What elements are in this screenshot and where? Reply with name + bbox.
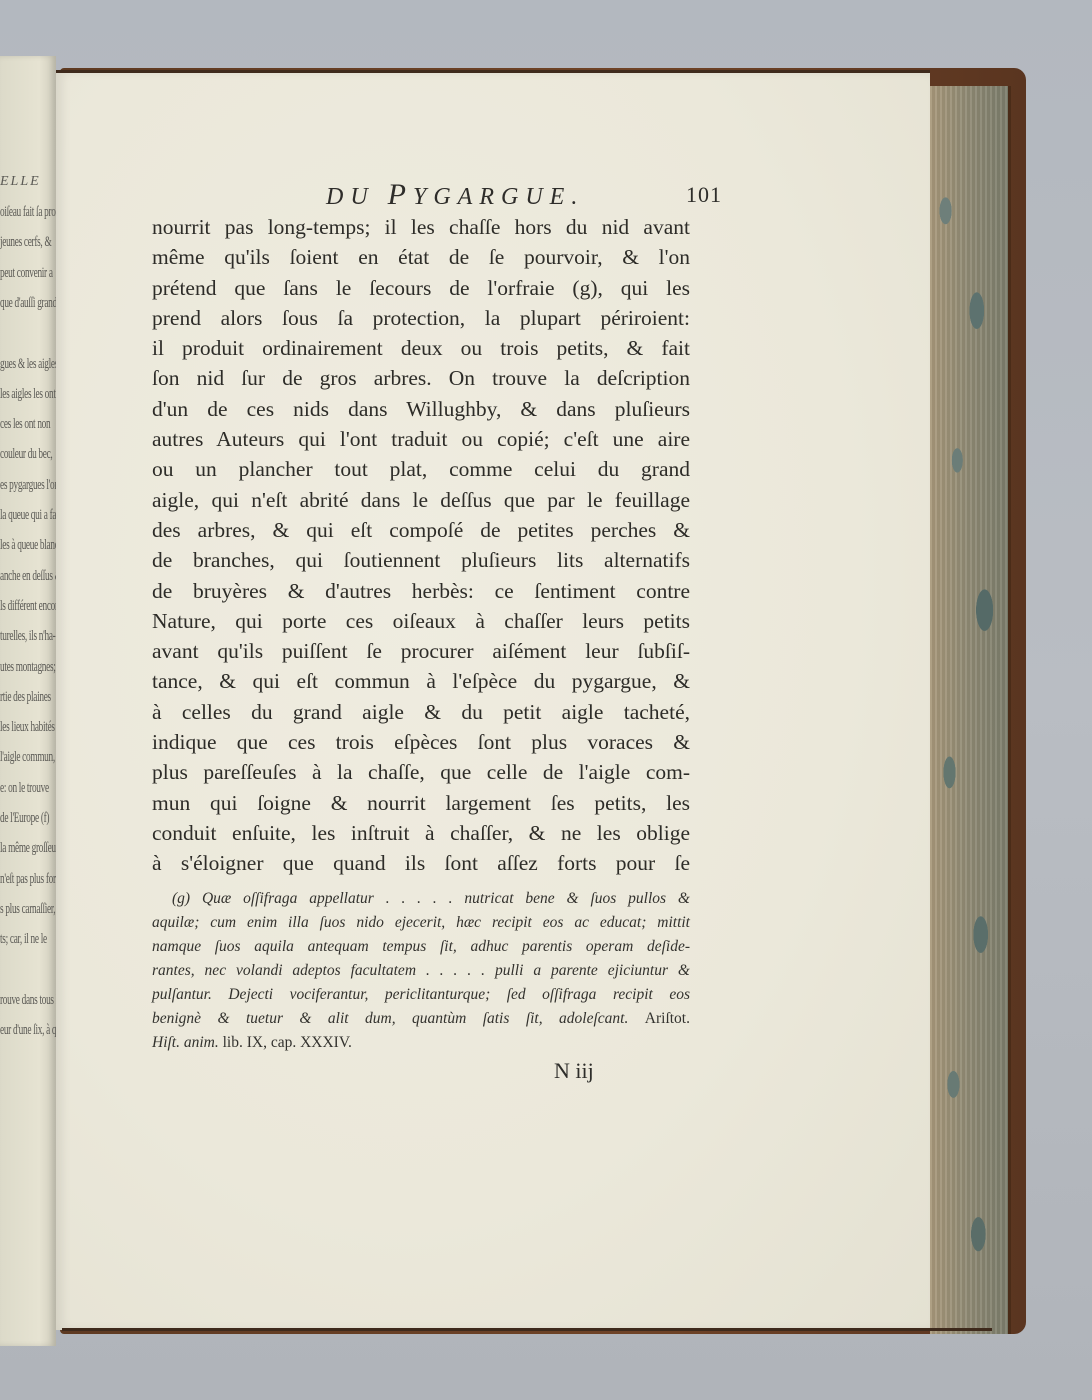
text-line: à celles du grand aigle & du petit aigle… (152, 697, 690, 727)
left-page-line: que d'auſſi grands (0, 295, 56, 312)
text-line: Nature, qui porte ces oiſeaux à chaſſer … (152, 606, 690, 636)
text-line: de branches, qui ſoutiennent pluſieurs l… (152, 545, 690, 575)
running-head-rest: YGARGUE. (413, 184, 584, 210)
text-line: des arbres, & qui eſt compoſé de petites… (152, 515, 690, 545)
text-line: de bruyères & d'autres herbès: ce ſentim… (152, 576, 690, 606)
body-text: nourrit pas long-temps; il les chaſſe ho… (152, 212, 690, 879)
left-page-line: de l'Europe (f) (0, 810, 49, 827)
running-head-initial: P (388, 178, 413, 211)
text-line: plus pareſſeuſes à la chaſſe, que celle … (152, 757, 690, 787)
left-page-line: anche en deſſus & (0, 568, 56, 585)
footnote-line: aquilæ; cum enim illa ſuos nido ejecerit… (152, 911, 690, 935)
left-page-line: rouve dans tous les (0, 992, 56, 1009)
footnote-author: Ariſtot. (645, 1010, 690, 1027)
left-page-line: oiſeau fait ſa proie (0, 204, 56, 221)
signature-mark: N iij (554, 1058, 594, 1084)
running-head: DU PYGARGUE. (326, 178, 746, 212)
footnote-line: (g) Quæ oſſifraga appellatur . . . . . n… (152, 887, 690, 911)
text-line: prend alors ſous ſa protection, la plupa… (152, 303, 690, 333)
text-line: ou un plancher tout plat, comme celui du… (152, 454, 690, 484)
footnote: (g) Quæ oſſifraga appellatur . . . . . n… (152, 887, 690, 1055)
footnote-line: rantes, nec volandi adeptos facultatem .… (152, 959, 690, 983)
left-page-line: s plus carnaſſier, (0, 901, 55, 918)
marbled-fore-edge (930, 86, 1011, 1334)
left-page-line: eur d'une ſix, à que (0, 1022, 56, 1039)
text-line: indique que ces trois eſpèces ſont plus … (152, 727, 690, 757)
text-line: conduit enſuite, les inſtruit à chaſſer,… (152, 818, 690, 848)
left-page-fragment: ELLE oiſeau fait ſa proiejeunes cerfs, &… (0, 56, 56, 1346)
left-page-line: ls différent encore (0, 598, 56, 615)
left-page-line: jeunes cerfs, & (0, 234, 51, 251)
left-page-line: utes montagnes; (0, 659, 56, 676)
left-page-line: n'eſt pas plus fort (0, 871, 56, 888)
text-line: aigle, qui n'eſt abrité dans le deſſus q… (152, 485, 690, 515)
left-page-line: couleur du bec, (0, 446, 52, 463)
left-page-line: rtie des plaines (0, 689, 51, 706)
page-number: 101 (686, 182, 722, 208)
page-bottom-edge (62, 1328, 992, 1331)
footnote-citation: Hiſt. anim. lib. IX, cap. XXXIV. (152, 1031, 690, 1055)
text-line: nourrit pas long-temps; il les chaſſe ho… (152, 212, 690, 242)
footnote-line: benignè & tuetur & alit dum, quantùm ſat… (152, 1010, 628, 1027)
left-page-line: la queue qui a fait (0, 507, 56, 524)
footnote-line: namque ſuos aquila antequam tempus ſit, … (152, 935, 690, 959)
text-line: mun qui ſoigne & nourrit largement ſes p… (152, 788, 690, 818)
footnote-ref: lib. IX, cap. XXXIV. (223, 1034, 352, 1051)
text-line: d'un de ces nids dans Willughby, & dans … (152, 394, 690, 424)
left-page-line: la même groſſeur (0, 840, 56, 857)
text-line: avant qu'ils puiſſent ſe procurer aiſéme… (152, 636, 690, 666)
text-line: tance, & qui eſt commun à l'eſpèce du py… (152, 666, 690, 696)
running-head-du: DU (326, 184, 375, 210)
page-top-edge (56, 70, 930, 73)
left-page-line: l'aigle commun, (0, 749, 55, 766)
left-page-line: ts; car, il ne le (0, 931, 47, 948)
footnote-work: Hiſt. anim. (152, 1034, 219, 1051)
text-line: à s'éloigner que quand ils ſont aſſez fo… (152, 848, 690, 878)
left-page-line: les lieux habités (0, 719, 55, 736)
text-line: ſon nid ſur de gros arbres. On trouve la… (152, 363, 690, 393)
left-page-line: turelles, ils n'ha- (0, 628, 55, 645)
footnote-line: pulſantur. Dejecti vociferantur, pericli… (152, 983, 690, 1007)
left-page-line: gues & les aigles (0, 356, 56, 373)
text-line: autres Auteurs qui l'ont traduit ou copi… (152, 424, 690, 454)
text-line: même qu'ils ſoient en état de ſe pourvoi… (152, 242, 690, 272)
left-page-line: les aigles les ont (0, 386, 56, 403)
left-page-line: e: on le trouve (0, 780, 49, 797)
left-page-line: les à queue blanche, (0, 537, 56, 554)
left-page-line: peut convenir a (0, 265, 53, 282)
right-page: DU PYGARGUE. 101 nourrit pas long-temps;… (56, 72, 930, 1330)
text-line: prétend que ſans le ſecours de l'orfraie… (152, 273, 690, 303)
left-page-line: ces les ont non (0, 416, 50, 433)
text-line: il produit ordinairement deux ou trois p… (152, 333, 690, 363)
left-page-line: es pygargues l'ont (0, 477, 56, 494)
footnote-line-with-author: benignè & tuetur & alit dum, quantùm ſat… (152, 1007, 690, 1031)
left-running-head: ELLE (0, 174, 41, 190)
